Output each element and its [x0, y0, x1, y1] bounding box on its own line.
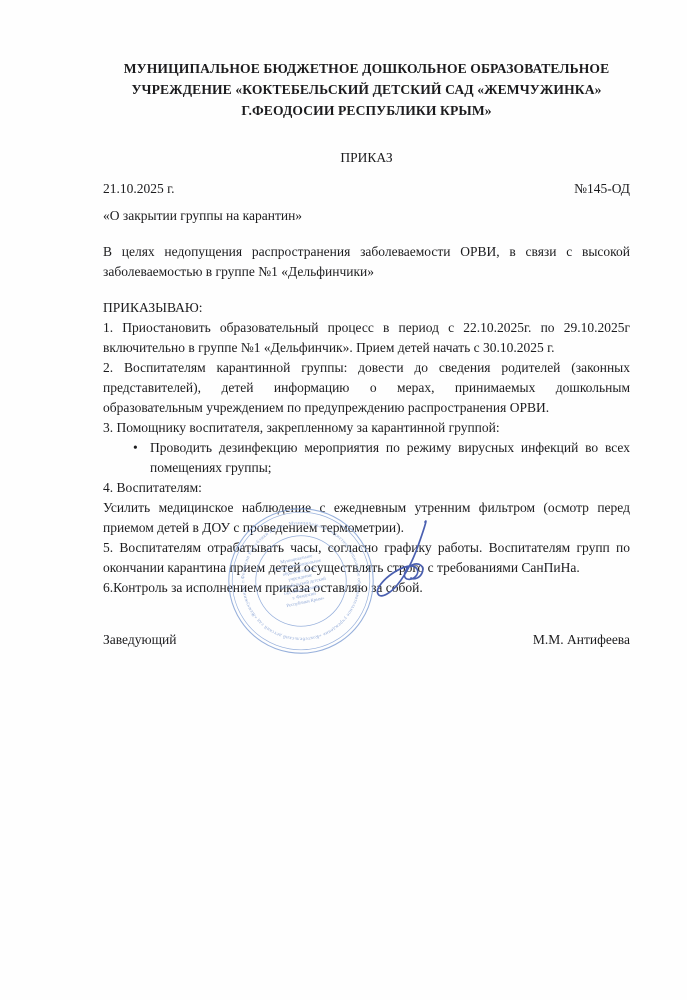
signature-icon	[372, 516, 452, 611]
order-item: 2. Воспитателям карантинной группы: дове…	[103, 358, 630, 418]
document-number: №145-ОД	[574, 179, 630, 199]
bullet-marker: •	[133, 438, 138, 458]
document-type-title: ПРИКАЗ	[103, 148, 630, 168]
order-heading: ПРИКАЗЫВАЮ:	[103, 298, 630, 318]
order-bullet-item: • Проводить дезинфекцию мероприятия по р…	[103, 438, 630, 478]
preamble-paragraph: В целях недопущения распространения забо…	[103, 242, 630, 282]
order-item: 4. Воспитателям:	[103, 478, 630, 498]
seal-stamp-icon: Муниципальное бюджетное дошкольное образ…	[224, 504, 378, 658]
order-item: 3. Помощнику воспитателя, закрепленному …	[103, 418, 630, 438]
signatory-position-title: Заведующий	[103, 630, 176, 650]
document-subject: «О закрытии группы на карантин»	[103, 206, 630, 226]
organization-name-heading: МУНИЦИПАЛЬНОЕ БЮДЖЕТНОЕ ДОШКОЛЬНОЕ ОБРАЗ…	[103, 58, 630, 121]
document-page: МУНИЦИПАЛЬНОЕ БЮДЖЕТНОЕ ДОШКОЛЬНОЕ ОБРАЗ…	[0, 0, 687, 1000]
document-date: 21.10.2025 г.	[103, 179, 175, 199]
signatory-name: М.М. Антифеева	[533, 630, 630, 650]
order-bullet-text: Проводить дезинфекцию мероприятия по реж…	[150, 440, 630, 475]
order-item: 1. Приостановить образовательный процесс…	[103, 318, 630, 358]
date-number-row: 21.10.2025 г. №145-ОД	[103, 179, 630, 199]
